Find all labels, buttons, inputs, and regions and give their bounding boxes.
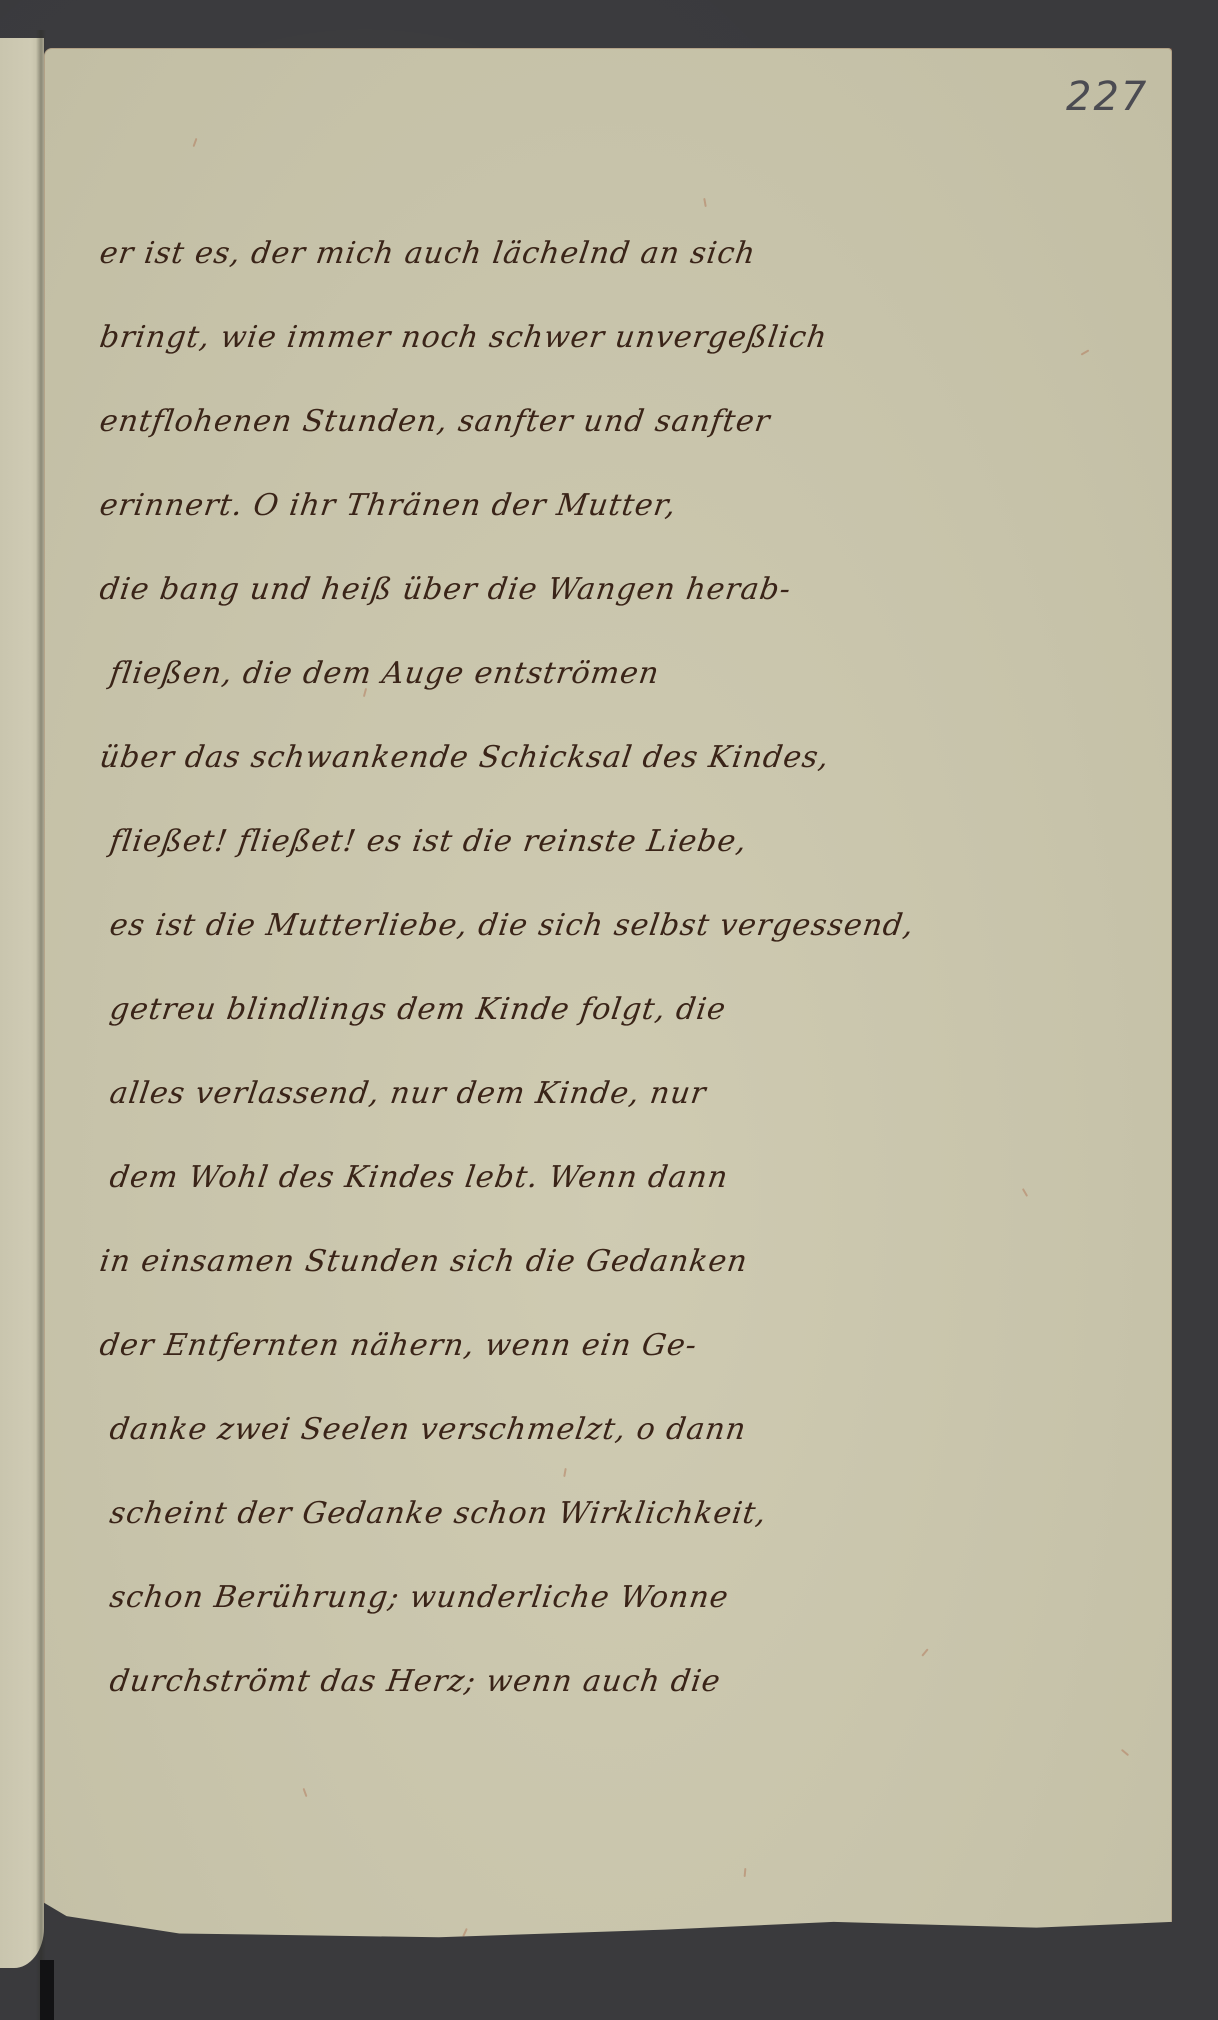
text-line: fließet! fließet! es ist die reinste Lie… [108, 824, 750, 859]
page-number: 227 [1066, 74, 1148, 120]
text-line: entflohenen Stunden, sanfter und sanfter [98, 404, 773, 439]
text-line: bringt, wie immer noch schwer unvergeßli… [98, 320, 830, 355]
text-line: erinnert. O ihr Thränen der Mutter, [98, 488, 679, 523]
text-line: danke zwei Seelen verschmelzt, o dann [108, 1412, 749, 1447]
text-line: in einsamen Stunden sich die Gedanken [98, 1244, 751, 1279]
text-line: fließen, die dem Auge entströmen [108, 656, 662, 691]
text-line: dem Wohl des Kindes lebt. Wenn dann [108, 1160, 731, 1195]
text-line: scheint der Gedanke schon Wirklichkeit, [108, 1496, 769, 1531]
binding-gap [40, 1960, 54, 2020]
text-line: durchströmt das Herz; wenn auch die [108, 1664, 724, 1699]
text-line: getreu blindlings dem Kinde folgt, die [108, 992, 729, 1027]
text-line: die bang und heiß über die Wangen herab- [98, 572, 794, 607]
text-line: alles verlassend, nur dem Kinde, nur [108, 1076, 709, 1111]
text-line: der Entfernten nähern, wenn ein Ge- [98, 1328, 700, 1363]
text-line: schon Berührung; wunderliche Wonne [108, 1580, 731, 1615]
text-line: es ist die Mutterliebe, die sich selbst … [108, 908, 917, 943]
text-line: über das schwankende Schicksal des Kinde… [98, 740, 832, 775]
text-line: er ist es, der mich auch lächelnd an sic… [98, 236, 759, 271]
